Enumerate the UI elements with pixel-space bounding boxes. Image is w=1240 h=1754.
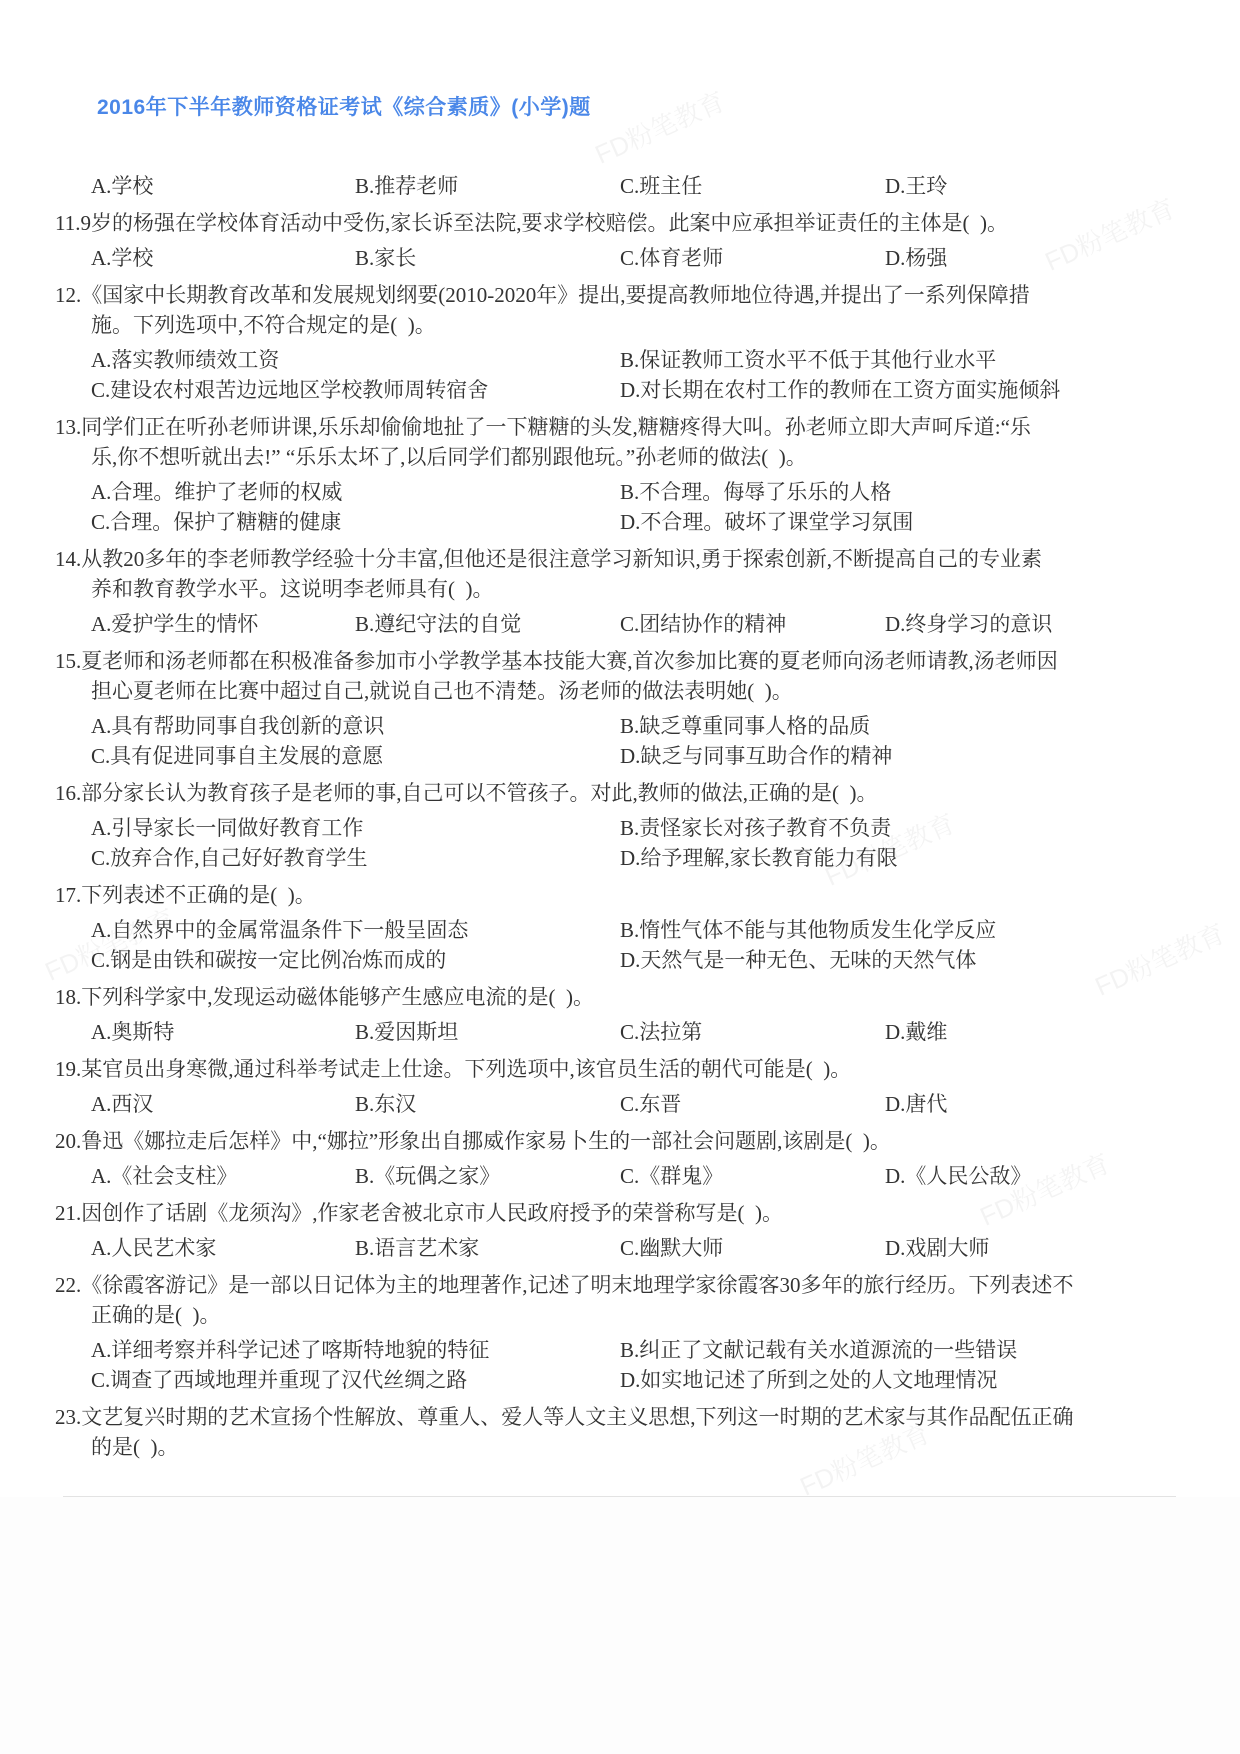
question-options: A.详细考察并科学记述了喀斯特地貌的特征 B.纠正了文献记载有关水道源流的一些错…: [91, 1335, 1190, 1395]
question-14: 14.从教20多年的李老师教学经验十分丰富,但他还是很注意学习新知识,勇于探索创…: [55, 544, 1190, 639]
question-text: 11.9岁的杨强在学校体育活动中受伤,家长诉至法院,要求学校赔偿。此案中应承担举…: [55, 208, 1190, 238]
question-options: A.引导家长一同做好教育工作 B.责怪家长对孩子教育不负责 C.放弃合作,自己好…: [91, 813, 1190, 873]
question-options: A.奥斯特 B.爱因斯坦 C.法拉第 D.戴维: [91, 1017, 1190, 1047]
question-23: 23.文艺复兴时期的艺术宣扬个性解放、尊重人、爱人等人文主义思想,下列这一时期的…: [55, 1402, 1190, 1462]
option-d: D.王玲: [885, 171, 1190, 201]
question-15: 15.夏老师和汤老师都在积极准备参加市小学教学基本技能大赛,首次参加比赛的夏老师…: [55, 646, 1190, 771]
page-bottom-divider: [63, 1496, 1176, 1497]
option-c: C.放弃合作,自己好好教育学生: [91, 843, 620, 873]
option-d: D.杨强: [885, 243, 1190, 273]
option-b: B.责怪家长对孩子教育不负责: [620, 813, 1190, 843]
option-c: C.班主任: [620, 171, 885, 201]
option-b: B.东汉: [355, 1089, 620, 1119]
question-options: A.自然界中的金属常温条件下一般呈固态 B.惰性气体不能与其他物质发生化学反应 …: [91, 915, 1190, 975]
option-d: D.《人民公敌》: [885, 1161, 1190, 1191]
page-title: 2016年下半年教师资格证考试《综合素质》(小学)题: [55, 93, 1190, 123]
option-b: B.保证教师工资水平不低于其他行业水平: [620, 345, 1190, 375]
option-d: D.戴维: [885, 1017, 1190, 1047]
question-text: 23.文艺复兴时期的艺术宣扬个性解放、尊重人、爱人等人文主义思想,下列这一时期的…: [55, 1402, 1190, 1462]
option-c: C.《群鬼》: [620, 1161, 885, 1191]
option-a: A.《社会支柱》: [91, 1161, 355, 1191]
option-a: A.奥斯特: [91, 1017, 355, 1047]
option-d: D.给予理解,家长教育能力有限: [620, 843, 1190, 873]
question-text: 18.下列科学家中,发现运动磁体能够产生感应电流的是( )。: [55, 982, 1190, 1012]
option-b: B.家长: [355, 243, 620, 273]
option-a: A.人民艺术家: [91, 1233, 355, 1263]
question-options: A.落实教师绩效工资 B.保证教师工资水平不低于其他行业水平 C.建设农村艰苦边…: [91, 345, 1190, 405]
option-d: D.戏剧大师: [885, 1233, 1190, 1263]
document-body: 2016年下半年教师资格证考试《综合素质》(小学)题 A.学校 B.推荐老师 C…: [0, 0, 1240, 1497]
option-c: C.合理。保护了糖糖的健康: [91, 507, 620, 537]
question-21: 21.因创作了话剧《龙须沟》,作家老舍被北京市人民政府授予的荣誉称写是( )。 …: [55, 1198, 1190, 1263]
option-d: D.对长期在农村工作的教师在工资方面实施倾斜: [620, 375, 1190, 405]
option-d: D.不合理。破坏了课堂学习氛围: [620, 507, 1190, 537]
option-a: A.具有帮助同事自我创新的意识: [91, 711, 620, 741]
question-text: 22.《徐霞客游记》是一部以日记体为主的地理著作,记述了明末地理学家徐霞客30多…: [55, 1270, 1190, 1330]
option-b: B.缺乏尊重同事人格的品质: [620, 711, 1190, 741]
question-text: 21.因创作了话剧《龙须沟》,作家老舍被北京市人民政府授予的荣誉称写是( )。: [55, 1198, 1190, 1228]
exam-document-page: { "page": { "title": "2016年下半年教师资格证考试《综合…: [0, 0, 1240, 1754]
option-a: A.学校: [91, 243, 355, 273]
question-10-options: A.学校 B.推荐老师 C.班主任 D.王玲: [91, 171, 1190, 201]
option-a: A.合理。维护了老师的权威: [91, 477, 620, 507]
option-b: B.语言艺术家: [355, 1233, 620, 1263]
option-a: A.引导家长一同做好教育工作: [91, 813, 620, 843]
question-20: 20.鲁迅《娜拉走后怎样》中,“娜拉”形象出自挪威作家易卜生的一部社会问题剧,该…: [55, 1126, 1190, 1191]
page-bottom-margin: [0, 1497, 1240, 1754]
option-c: C.东晋: [620, 1089, 885, 1119]
question-text: 12.《国家中长期教育改革和发展规划纲要(2010-2020年》提出,要提高教师…: [55, 280, 1190, 340]
question-16: 16.部分家长认为教育孩子是老师的事,自己可以不管孩子。对此,教师的做法,正确的…: [55, 778, 1190, 873]
question-12: 12.《国家中长期教育改革和发展规划纲要(2010-2020年》提出,要提高教师…: [55, 280, 1190, 405]
option-a: A.西汉: [91, 1089, 355, 1119]
question-text: 16.部分家长认为教育孩子是老师的事,自己可以不管孩子。对此,教师的做法,正确的…: [55, 778, 1190, 808]
question-11: 11.9岁的杨强在学校体育活动中受伤,家长诉至法院,要求学校赔偿。此案中应承担举…: [55, 208, 1190, 273]
question-text: 20.鲁迅《娜拉走后怎样》中,“娜拉”形象出自挪威作家易卜生的一部社会问题剧,该…: [55, 1126, 1190, 1156]
option-b: B.惰性气体不能与其他物质发生化学反应: [620, 915, 1190, 945]
option-a: A.学校: [91, 171, 355, 201]
question-text: 15.夏老师和汤老师都在积极准备参加市小学教学基本技能大赛,首次参加比赛的夏老师…: [55, 646, 1190, 706]
option-b: B.《玩偶之家》: [355, 1161, 620, 1191]
option-c: C.团结协作的精神: [620, 609, 885, 639]
option-c: C.体育老师: [620, 243, 885, 273]
option-c: C.幽默大师: [620, 1233, 885, 1263]
option-d: D.唐代: [885, 1089, 1190, 1119]
question-17: 17.下列表述不正确的是( )。 A.自然界中的金属常温条件下一般呈固态 B.惰…: [55, 880, 1190, 975]
option-d: D.如实地记述了所到之处的人文地理情况: [620, 1365, 1190, 1395]
option-c: C.调查了西域地理并重现了汉代丝绸之路: [91, 1365, 620, 1395]
option-d: D.终身学习的意识: [885, 609, 1190, 639]
question-18: 18.下列科学家中,发现运动磁体能够产生感应电流的是( )。 A.奥斯特 B.爱…: [55, 982, 1190, 1047]
question-options: A.人民艺术家 B.语言艺术家 C.幽默大师 D.戏剧大师: [91, 1233, 1190, 1263]
option-d: D.天然气是一种无色、无味的天然气体: [620, 945, 1190, 975]
question-options: A.学校 B.家长 C.体育老师 D.杨强: [91, 243, 1190, 273]
question-13: 13.同学们正在听孙老师讲课,乐乐却偷偷地扯了一下糖糖的头发,糖糖疼得大叫。孙老…: [55, 412, 1190, 537]
question-options: A.西汉 B.东汉 C.东晋 D.唐代: [91, 1089, 1190, 1119]
option-c: C.法拉第: [620, 1017, 885, 1047]
option-d: D.缺乏与同事互助合作的精神: [620, 741, 1190, 771]
question-text: 14.从教20多年的李老师教学经验十分丰富,但他还是很注意学习新知识,勇于探索创…: [55, 544, 1190, 604]
option-c: C.具有促进同事自主发展的意愿: [91, 741, 620, 771]
question-options: A.爱护学生的情怀 B.遵纪守法的自觉 C.团结协作的精神 D.终身学习的意识: [91, 609, 1190, 639]
option-a: A.爱护学生的情怀: [91, 609, 355, 639]
question-options: A.具有帮助同事自我创新的意识 B.缺乏尊重同事人格的品质 C.具有促进同事自主…: [91, 711, 1190, 771]
question-text: 13.同学们正在听孙老师讲课,乐乐却偷偷地扯了一下糖糖的头发,糖糖疼得大叫。孙老…: [55, 412, 1190, 472]
question-19: 19.某官员出身寒微,通过科举考试走上仕途。下列选项中,该官员生活的朝代可能是(…: [55, 1054, 1190, 1119]
option-b: B.不合理。侮辱了乐乐的人格: [620, 477, 1190, 507]
option-b: B.爱因斯坦: [355, 1017, 620, 1047]
option-c: C.钢是由铁和碳按一定比例冶炼而成的: [91, 945, 620, 975]
option-c: C.建设农村艰苦边远地区学校教师周转宿舍: [91, 375, 620, 405]
option-b: B.纠正了文献记载有关水道源流的一些错误: [620, 1335, 1190, 1365]
question-options: A.《社会支柱》 B.《玩偶之家》 C.《群鬼》 D.《人民公敌》: [91, 1161, 1190, 1191]
question-text: 17.下列表述不正确的是( )。: [55, 880, 1190, 910]
option-b: B.推荐老师: [355, 171, 620, 201]
option-b: B.遵纪守法的自觉: [355, 609, 620, 639]
option-a: A.详细考察并科学记述了喀斯特地貌的特征: [91, 1335, 620, 1365]
question-options: A.合理。维护了老师的权威 B.不合理。侮辱了乐乐的人格 C.合理。保护了糖糖的…: [91, 477, 1190, 537]
option-a: A.自然界中的金属常温条件下一般呈固态: [91, 915, 620, 945]
question-text: 19.某官员出身寒微,通过科举考试走上仕途。下列选项中,该官员生活的朝代可能是(…: [55, 1054, 1190, 1084]
option-a: A.落实教师绩效工资: [91, 345, 620, 375]
question-22: 22.《徐霞客游记》是一部以日记体为主的地理著作,记述了明末地理学家徐霞客30多…: [55, 1270, 1190, 1395]
